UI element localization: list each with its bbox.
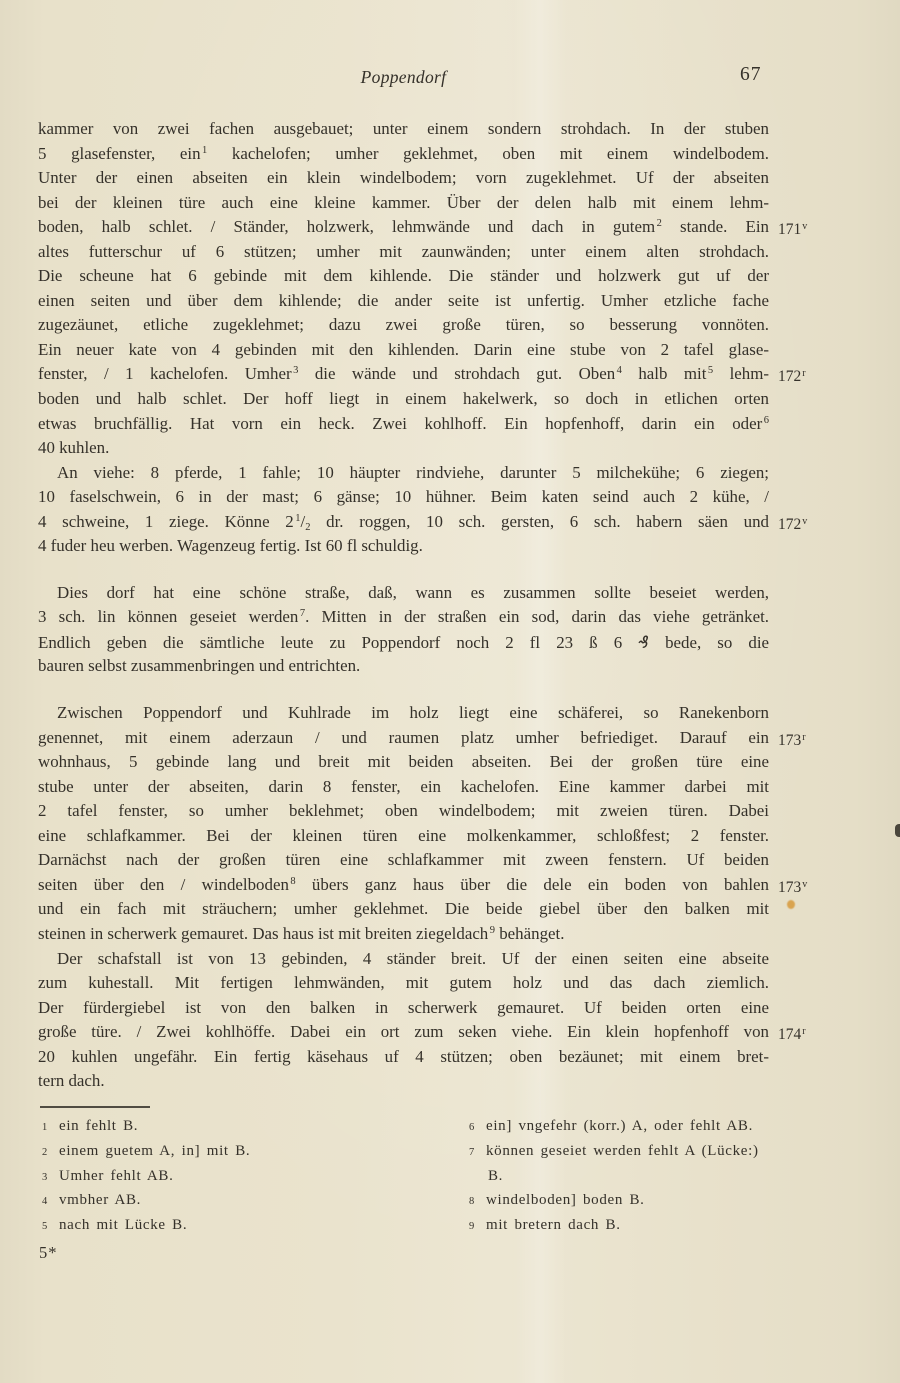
- text-line: 4 schweine, 1 ziege. Könne 21/2 dr. rogg…: [38, 510, 769, 535]
- text-segment: bei der kleinen türe auch eine kleine ka…: [38, 193, 769, 212]
- footnote-separator-rule: [40, 1106, 150, 1108]
- text-segment: , oder: [643, 1118, 690, 1134]
- text-segment: Unter der einen abseiten ein klein winde…: [38, 168, 769, 187]
- text-segment: können geseiet werden: [486, 1143, 648, 1159]
- italic-text: nach: [59, 1217, 90, 1233]
- italic-text: fehlt AB.: [690, 1118, 753, 1134]
- text-segment: boden und halb schlet. Der hoff liegt in…: [38, 389, 769, 408]
- folio-margin-note: 173v: [778, 873, 838, 901]
- text-segment: altes futterschur uf 6 stützen; umher mi…: [38, 242, 769, 261]
- text-segment: Darnächst nach der großen türen eine sch…: [38, 850, 769, 869]
- text-segment: zum kuhestall. Mit fertigen lehmwänden, …: [38, 973, 769, 992]
- text-segment: windelboden] boden: [486, 1192, 629, 1208]
- text-segment: bauren selbst zusammenbringen und entric…: [38, 656, 360, 675]
- footnote-line: 8windelboden] boden B.: [467, 1188, 895, 1213]
- text-segment: bede, so die: [649, 633, 769, 652]
- text-segment: etwas bruchfällig. Hat vorn ein heck. Zw…: [38, 414, 732, 433]
- text-line: 4 fuder heu werben. Wagenzeug fertig. Is…: [38, 534, 769, 559]
- scan-artifact-mark: [895, 824, 900, 837]
- text-segment: übers ganz haus über die dele ein boden …: [296, 875, 769, 894]
- italic-text: oder: [732, 414, 762, 433]
- footnote-column-right: 6ein] vngefehr (korr.) A, oder fehlt AB.…: [467, 1114, 895, 1238]
- folio-recto-verso-letter: v: [802, 516, 807, 527]
- text-line: altes futterschur uf 6 stützen; umher mi…: [38, 240, 769, 265]
- text-segment: genennet, mit einem aderzaun / und raume…: [38, 728, 769, 747]
- paper-stain-speck: [787, 900, 795, 909]
- text-segment: ein] vngefehr: [486, 1118, 584, 1134]
- folio-margin-note: 173r: [778, 726, 838, 754]
- paragraph: Dies dorf hat eine schöne straße, daß, w…: [38, 581, 769, 679]
- text-segment: dr. roggen, 10 sch. gersten, 6 sch. habe…: [310, 512, 769, 531]
- folio-margin-note: 171v: [778, 215, 838, 243]
- text-segment: 3 sch. lin: [38, 607, 128, 626]
- paragraph: Der schafstall ist von 13 gebinden, 4 st…: [38, 947, 769, 1094]
- footnote-number: 1: [42, 1116, 47, 1141]
- text-line: genennet, mit einem aderzaun / und raume…: [38, 726, 769, 751]
- text-segment: steinen in scherwerk gemauret. Das haus …: [38, 924, 488, 943]
- text-line: 10 faselschwein, 6 in der mast; 6 gänse;…: [38, 485, 769, 510]
- footnote-number: 4: [42, 1190, 47, 1215]
- text-line: Darnächst nach der großen türen eine sch…: [38, 848, 769, 873]
- footnote-number: 8: [469, 1190, 474, 1215]
- page-number: 67: [740, 64, 800, 86]
- text-line: 3 sch. lin können geseiet werden7. Mitte…: [38, 605, 769, 630]
- italic-text: B.: [629, 1192, 644, 1208]
- text-line: Unter der einen abseiten ein klein winde…: [38, 166, 769, 191]
- text-line: wohnhaus, 5 gebinde lang und breit mit b…: [38, 750, 769, 775]
- footnote-number: 7: [469, 1141, 474, 1166]
- folio-recto-verso-letter: v: [802, 879, 807, 890]
- italic-text: können geseiet werden: [128, 607, 299, 626]
- text-line: Endlich geben die sämtliche leute zu Pop…: [38, 630, 769, 655]
- text-segment: 2 tafel fenster, so umher beklehmet; obe…: [38, 801, 769, 820]
- text-segment: ein: [59, 1118, 86, 1134]
- footnote-line: 9mit bretern dach B.: [467, 1213, 895, 1238]
- footnote-line: 5nach mit Lücke B.: [40, 1213, 448, 1238]
- text-segment: 4 schweine, 1 ziege. Könne 2: [38, 512, 294, 531]
- text-line: boden und halb schlet. Der hoff liegt in…: [38, 387, 769, 412]
- superscript-marker: 6: [764, 415, 769, 426]
- text-segment: mit: [90, 1217, 125, 1233]
- text-segment: vmbher: [59, 1192, 114, 1208]
- text-segment: Dies dorf hat eine schöne straße, daß, w…: [57, 583, 769, 602]
- text-segment: gutem: [595, 217, 655, 236]
- text-segment: , in] mit: [171, 1143, 235, 1159]
- footnote-number: 9: [469, 1215, 474, 1240]
- folio-recto-verso-letter: v: [802, 221, 807, 232]
- text-line: fenster, / 1 kachelofen. Umher3 die wänd…: [38, 362, 769, 387]
- text-segment: große türe. / Zwei kohlhöffe. Dabei ein …: [38, 1022, 769, 1041]
- text-line: einen seiten und über dem kihlende; die …: [38, 289, 769, 314]
- text-segment: An viehe: 8 pferde, 1 fahle; 10 häupter …: [57, 463, 769, 482]
- text-line: Der schafstall ist von 13 gebinden, 4 st…: [38, 947, 769, 972]
- text-segment: kammer von zwei fachen ausgebauet; unter…: [38, 119, 769, 138]
- book-page: Poppendorf 67 kammer von zwei fachen aus…: [0, 0, 900, 1383]
- text-segment: einen seiten und über dem kihlende; die …: [38, 291, 769, 310]
- text-line: Die scheune hat 6 gebinde mit dem kihlen…: [38, 264, 769, 289]
- italic-text: AB.: [114, 1192, 141, 1208]
- text-segment: boden, halb schlet. / Ständer, holzwerk,…: [38, 217, 582, 236]
- text-line: Dies dorf hat eine schöne straße, daß, w…: [38, 581, 769, 606]
- text-segment: behänget.: [495, 924, 564, 943]
- text-line: eine schlafkammer. Bei der kleinen türen…: [38, 824, 769, 849]
- text-segment: stube unter der abseiten, darin 8 fenste…: [38, 777, 769, 796]
- text-line: zugezäunet, etliche zugeklehmet; dazu zw…: [38, 313, 769, 338]
- text-line: 20 kuhlen ungefähr. Ein fertig käsehaus …: [38, 1045, 769, 1070]
- italic-text: Umher: [245, 364, 292, 383]
- text-segment: die wände und strohdach gut.: [298, 364, 578, 383]
- text-segment: Die scheune hat 6 gebinde mit dem kihlen…: [38, 266, 769, 285]
- text-segment: eine schlafkammer. Bei der kleinen türen…: [38, 826, 769, 845]
- text-segment: 40 kuhlen.: [38, 438, 109, 457]
- footnote-line: 1ein fehlt B.: [40, 1114, 448, 1139]
- folio-margin-note: 172r: [778, 362, 838, 390]
- text-segment: kachelofen; umher geklehmet, oben mit ei…: [207, 144, 769, 163]
- text-segment: Zwischen Poppendorf und Kuhlrade im holz…: [57, 703, 769, 722]
- text-segment: einem guetem: [59, 1143, 159, 1159]
- text-segment: Endlich geben die sämtliche leute zu Pop…: [38, 633, 638, 652]
- text-line: 2 tafel fenster, so umher beklehmet; obe…: [38, 799, 769, 824]
- text-line: bei der kleinen türe auch eine kleine ka…: [38, 191, 769, 216]
- text-segment: seiten über den / windelboden: [38, 875, 289, 894]
- folio-margin-note: 174r: [778, 1020, 838, 1048]
- italic-text: Oben: [579, 364, 616, 383]
- text-line: stube unter der abseiten, darin 8 fenste…: [38, 775, 769, 800]
- text-segment: Ein neuer kate von 4 gebinden mit den ki…: [38, 340, 769, 359]
- text-segment: 20 kuhlen ungefähr. Ein fertig käsehaus …: [38, 1047, 769, 1066]
- folio-recto-verso-letter: r: [802, 1026, 805, 1037]
- folio-margin-note: 172v: [778, 510, 838, 538]
- text-segment: . Mitten in der straßen ein sod, darin d…: [305, 607, 769, 626]
- footnote-line: 3Umher fehlt AB.: [40, 1164, 448, 1189]
- italic-text: in: [582, 217, 595, 236]
- text-segment: lehm-: [713, 364, 769, 383]
- text-line: etwas bruchfällig. Hat vorn ein heck. Zw…: [38, 412, 769, 437]
- footnote-number: 5: [42, 1215, 47, 1240]
- text-line: 40 kuhlen.: [38, 436, 769, 461]
- footnote-number: 2: [42, 1141, 47, 1166]
- running-title: Poppendorf: [38, 67, 769, 88]
- text-segment: halb mit: [622, 364, 707, 383]
- text-line: Ein neuer kate von 4 gebinden mit den ki…: [38, 338, 769, 363]
- text-segment: stande. Ein: [662, 217, 769, 236]
- text-line: An viehe: 8 pferde, 1 fahle; 10 häupter …: [38, 461, 769, 486]
- footnote-number: 3: [42, 1166, 47, 1191]
- italic-text: Lücke B.: [125, 1217, 187, 1233]
- text-segment: Der fürdergiebel ist von den balken in s…: [38, 998, 769, 1017]
- footnote-line: 7können geseiet werden fehlt A (Lücke:): [467, 1139, 895, 1164]
- text-segment: wohnhaus, 5 gebinde lang und breit mit b…: [38, 752, 769, 771]
- pfennig-sign: ₰: [638, 632, 649, 652]
- folio-recto-verso-letter: r: [802, 732, 805, 743]
- text-segment: Umher: [59, 1168, 110, 1184]
- italic-text: fehlt AB.: [110, 1168, 173, 1184]
- folio-recto-verso-letter: r: [802, 368, 805, 379]
- footnote-line: B.: [467, 1164, 895, 1189]
- text-segment: 4 fuder heu werben. Wagenzeug fertig. Is…: [38, 536, 423, 555]
- italic-text: B.: [606, 1217, 621, 1233]
- italic-text: fehlt B.: [86, 1118, 138, 1134]
- footnote-column-left: 1ein fehlt B.2einem guetem A, in] mit B.…: [40, 1114, 448, 1238]
- text-line: boden, halb schlet. / Ständer, holzwerk,…: [38, 215, 769, 240]
- text-segment: Der schafstall ist von 13 gebinden, 4 st…: [57, 949, 769, 968]
- text-segment: 5 glasefenster, ein: [38, 144, 201, 163]
- paragraph: An viehe: 8 pferde, 1 fahle; 10 häupter …: [38, 461, 769, 559]
- text-segment: fenster, / 1 kachelofen.: [38, 364, 245, 383]
- text-line: große türe. / Zwei kohlhöffe. Dabei ein …: [38, 1020, 769, 1045]
- footnote-line: 2einem guetem A, in] mit B.: [40, 1139, 448, 1164]
- text-line: tern dach.: [38, 1069, 769, 1094]
- text-line: kammer von zwei fachen ausgebauet; unter…: [38, 117, 769, 142]
- signature-mark: 5*: [39, 1243, 58, 1263]
- italic-text: B.: [235, 1143, 250, 1159]
- text-line: und ein fach mit sträuchern; umher gekle…: [38, 897, 769, 922]
- text-segment: 10 faselschwein, 6 in der mast; 6 gänse;…: [38, 487, 769, 506]
- text-segment: mit bretern dach: [486, 1217, 606, 1233]
- text-line: zum kuhestall. Mit fertigen lehmwänden, …: [38, 971, 769, 996]
- text-line: bauren selbst zusammenbringen und entric…: [38, 654, 769, 679]
- text-line: Zwischen Poppendorf und Kuhlrade im holz…: [38, 701, 769, 726]
- text-line: seiten über den / windelboden8 übers gan…: [38, 873, 769, 898]
- italic-text: fehlt A (Lücke:): [648, 1143, 759, 1159]
- text-segment: zugezäunet, etliche zugeklehmet; dazu zw…: [38, 315, 769, 334]
- text-line: 5 glasefenster, ein1 kachelofen; umher g…: [38, 142, 769, 167]
- text-segment: tern dach.: [38, 1071, 105, 1090]
- text-line: Der fürdergiebel ist von den balken in s…: [38, 996, 769, 1021]
- italic-text: A: [159, 1143, 171, 1159]
- text-line: steinen in scherwerk gemauret. Das haus …: [38, 922, 769, 947]
- text-block: kammer von zwei fachen ausgebauet; unter…: [38, 117, 769, 1094]
- footnote-number: 6: [469, 1116, 474, 1141]
- footnote-line: 6ein] vngefehr (korr.) A, oder fehlt AB.: [467, 1114, 895, 1139]
- footnote-line: 4vmbher AB.: [40, 1188, 448, 1213]
- paragraph: Zwischen Poppendorf und Kuhlrade im holz…: [38, 701, 769, 946]
- text-segment: und ein fach mit sträuchern; umher gekle…: [38, 899, 769, 918]
- paragraph: kammer von zwei fachen ausgebauet; unter…: [38, 117, 769, 461]
- italic-text: B.: [488, 1168, 503, 1184]
- italic-text: (korr.) A: [584, 1118, 644, 1134]
